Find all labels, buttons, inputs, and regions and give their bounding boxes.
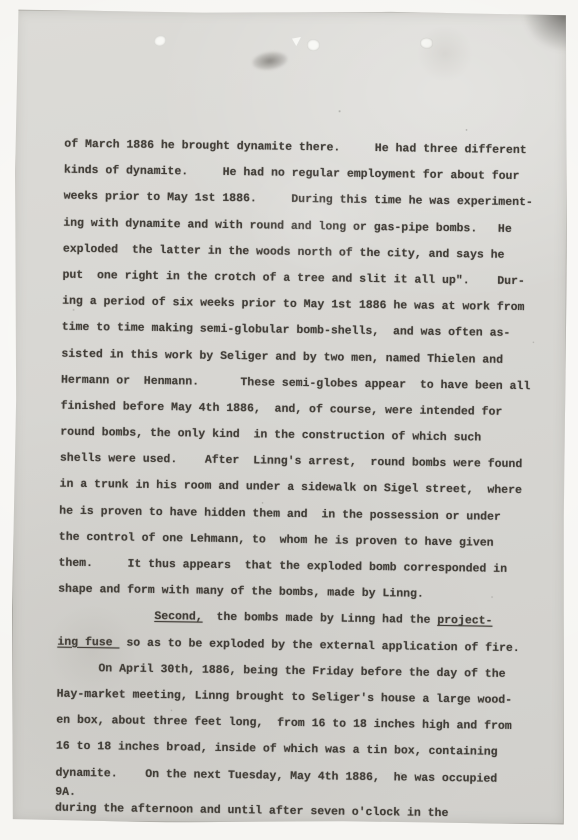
text-segment: Second, [154, 610, 202, 624]
typed-text-block: of March 1886 he brought dynamite there.… [55, 132, 557, 829]
photo-backdrop: of March 1886 he brought dynamite there.… [0, 0, 578, 840]
text-segment: during the afternoon and until after sev… [55, 801, 449, 819]
text-segment: Hay-market meeting, Linng brought to Sel… [57, 688, 513, 707]
text-segment: shells were used. After Linng's arrest, … [60, 452, 523, 471]
text-line: during the afternoon and until after sev… [55, 795, 547, 828]
text-segment: exploded the latter in the woods north o… [63, 242, 505, 261]
text-segment: Hermann or Henmann. These semi-globes ap… [61, 373, 530, 393]
text-segment: ing a period of six weeks prior to May 1… [62, 295, 525, 314]
text-segment: them. It thus appears that the exploded … [58, 557, 507, 576]
text-segment: ing fuse [57, 635, 119, 649]
punch-hole [307, 39, 320, 51]
text-segment [58, 609, 155, 623]
text-segment: of March 1886 he brought dynamite there.… [64, 138, 527, 157]
text-segment: 16 to 18 inches broad, inside of which w… [56, 740, 498, 759]
text-segment: shape and form with many of the bombs, m… [58, 583, 424, 601]
text-segment: project- [437, 614, 492, 628]
text-segment: put one right in the crotch of a tree an… [62, 269, 525, 288]
punch-hole [420, 38, 433, 49]
text-segment: round bombs, the only kind in the constr… [60, 426, 481, 445]
punch-hole [154, 35, 166, 46]
corner-shadow [523, 9, 571, 51]
text-segment: en box, about three feet long, from 16 t… [56, 714, 512, 733]
text-segment: dynamite. On the next Tuesday, May 4th 1… [55, 766, 497, 785]
text-segment: On April 30th, 1886, being the Friday be… [57, 661, 506, 680]
text-segment: sisted in this work by Seliger and by tw… [61, 347, 503, 366]
text-segment: time to time making semi-globular bomb-s… [62, 321, 511, 340]
text-segment: weeks prior to May 1st 1886. During this… [64, 190, 533, 210]
text-segment: in a trunk in his room and under a sidew… [59, 478, 522, 497]
text-segment: finished before May 4th 1886, and, of co… [61, 400, 503, 419]
text-segment: so as to be exploded by the external app… [119, 636, 519, 655]
ink-smudge [251, 50, 289, 73]
text-segment: the bombs made by Linng had the [203, 611, 438, 627]
text-segment: the control of one Lehmann, to whom he i… [59, 530, 494, 549]
document-page: of March 1886 he brought dynamite there.… [11, 10, 568, 825]
text-segment: he is proven to have hidden them and in … [59, 504, 501, 523]
text-segment: kinds of dynamite. He had no regular emp… [64, 164, 520, 183]
text-segment: ing with dynamite and with round and lon… [63, 216, 512, 235]
punch-notch [292, 37, 301, 46]
